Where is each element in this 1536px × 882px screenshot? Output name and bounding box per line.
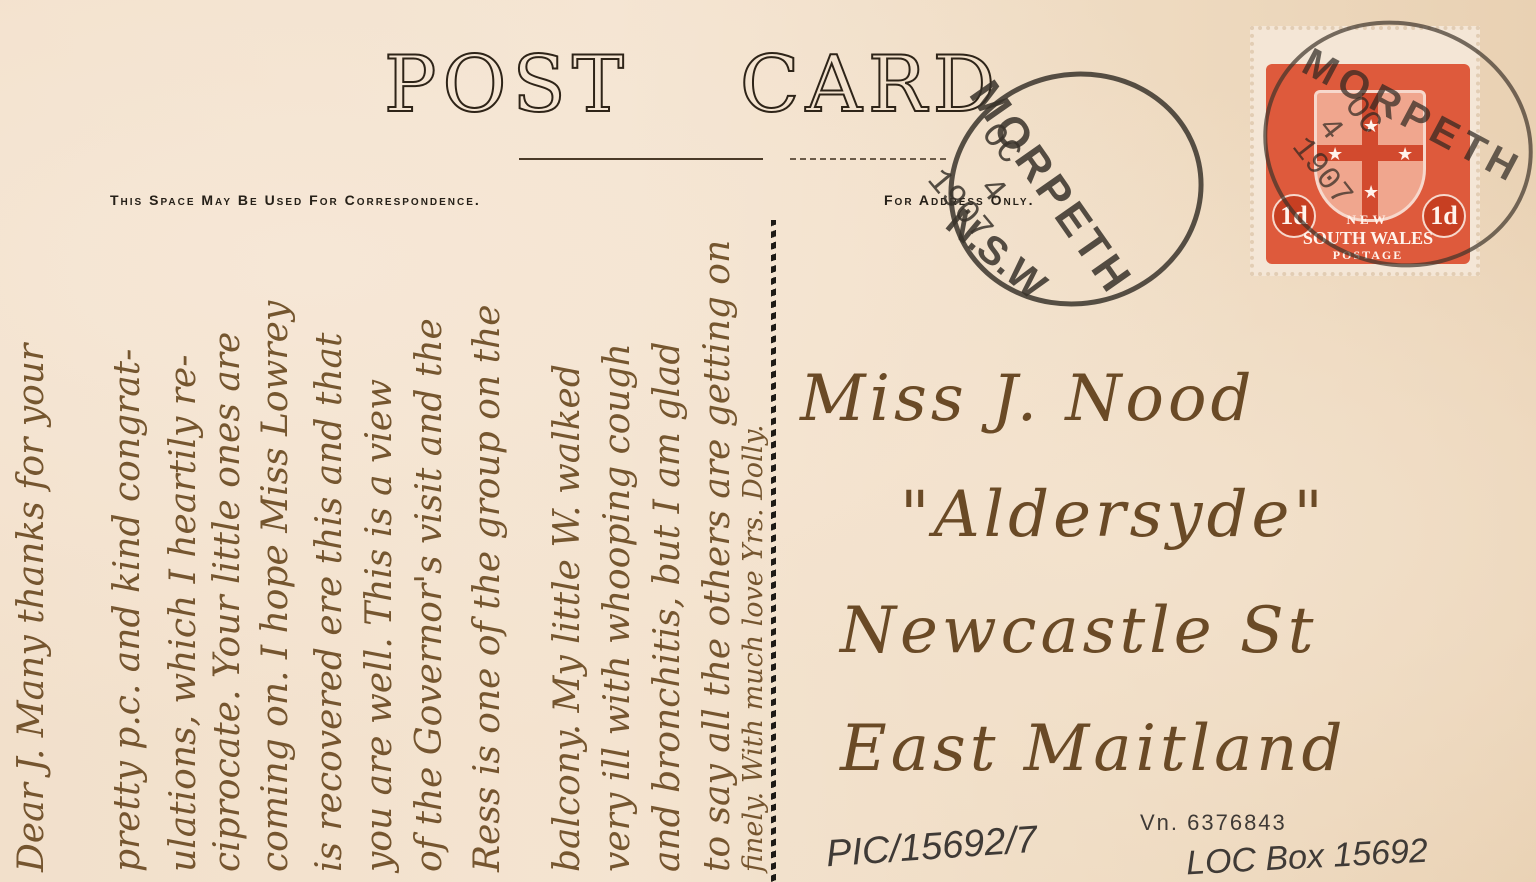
- archive-vn-number: Vn. 6376843: [1140, 810, 1287, 836]
- address-line-street: Newcastle St: [840, 594, 1317, 668]
- message-line: Ress is one of the group on the: [470, 304, 506, 872]
- correspondence-instruction: This Space May Be Used For Correspondenc…: [110, 192, 481, 208]
- message-line: you are well. This is a view: [362, 379, 398, 872]
- header-rule-left: [519, 158, 763, 160]
- message-line: of the Governor's visit and the: [412, 318, 448, 872]
- postcard-heading: POSTCARD: [384, 46, 1001, 124]
- message-line: pretty p.c. and kind congrat-: [110, 349, 146, 872]
- header-rule-right: [790, 158, 946, 160]
- message-line: very ill with whooping cough: [600, 343, 636, 872]
- message-line: coming on. I hope Miss Lowrey: [258, 301, 294, 872]
- address-line-town: East Maitland: [840, 712, 1346, 786]
- archive-location: LOC Box 15692: [1185, 832, 1429, 882]
- message-line: balcony. My little W. walked: [550, 364, 586, 872]
- message-line: ciprocate. Your little ones are: [210, 332, 246, 872]
- message-line: finely. With much love Yrs. Dolly.: [740, 424, 767, 872]
- heading-post: POST: [384, 40, 630, 130]
- message-line: Dear J. Many thanks for your: [14, 344, 50, 872]
- address-line-house: "Aldersyde": [900, 478, 1327, 552]
- center-divider: [771, 220, 776, 882]
- message-line: is recovered ere this and that: [312, 333, 348, 873]
- heading-card: CARD: [740, 40, 1001, 130]
- message-line: ulations, which I heartily re-: [166, 355, 202, 872]
- message-line: and bronchitis, but I am glad: [650, 342, 686, 872]
- address-line-name: Miss J. Nood: [800, 362, 1255, 436]
- message-line: to say all the others are getting on: [700, 240, 736, 872]
- postcard: Dear J. Many thanks for your pretty p.c.…: [0, 0, 1536, 882]
- archive-call-number: PIC/15692/7: [825, 819, 1039, 877]
